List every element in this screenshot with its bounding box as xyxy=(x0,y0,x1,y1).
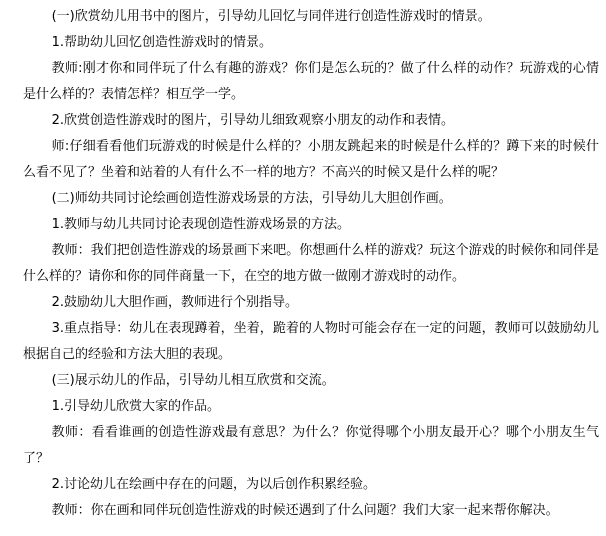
paragraph-text: 教师：你在画和同伴玩创造性游戏的时候还遇到了什么问题？我们大家一起来帮你解决。 xyxy=(23,498,599,524)
paragraph-list: (一)欣赏幼儿用书中的图片，引导幼儿回忆与同伴进行创造性游戏时的情景。1.帮助幼… xyxy=(23,4,599,524)
paragraph-text: 1.帮助幼儿回忆创造性游戏时的情景。 xyxy=(23,30,599,56)
paragraph-text: 教师：我们把创造性游戏的场景画下来吧。你想画什么样的游戏？玩这个游戏的时候你和同… xyxy=(23,238,599,290)
paragraph-text: 1.引导幼儿欣赏大家的作品。 xyxy=(23,394,599,420)
paragraph-text: (二)师幼共同讨论绘画创造性游戏场景的方法，引导幼儿大胆创作画。 xyxy=(23,186,599,212)
paragraph-text: 3.重点指导：幼儿在表现蹲着，坐着，跪着的人物时可能会存在一定的问题，教师可以鼓… xyxy=(23,316,599,368)
paragraph-text: 教师:刚才你和同伴玩了什么有趣的游戏？你们是怎么玩的？做了什么样的动作？玩游戏的… xyxy=(23,56,599,108)
paragraph-text: 2.欣赏创造性游戏时的图片，引导幼儿细致观察小朋友的动作和表情。 xyxy=(23,108,599,134)
paragraph-text: (三)展示幼儿的作品，引导幼儿相互欣赏和交流。 xyxy=(23,368,599,394)
paragraph-text: 2.讨论幼儿在绘画中存在的问题，为以后创作积累经验。 xyxy=(23,472,599,498)
document-page: (一)欣赏幼儿用书中的图片，引导幼儿回忆与同伴进行创造性游戏时的情景。1.帮助幼… xyxy=(0,0,606,536)
paragraph-text: 师:仔细看看他们玩游戏的时候是什么样的？小朋友跳起来的时候是什么样的？蹲下来的时… xyxy=(23,134,599,186)
paragraph-text: 2.鼓励幼儿大胆作画，教师进行个别指导。 xyxy=(23,290,599,316)
paragraph-text: 1.教师与幼儿共同讨论表现创造性游戏场景的方法。 xyxy=(23,212,599,238)
paragraph-text: 教师：看看谁画的创造性游戏最有意思？为什么？你觉得哪个小朋友最开心？哪个小朋友生… xyxy=(23,420,599,472)
paragraph-text: (一)欣赏幼儿用书中的图片，引导幼儿回忆与同伴进行创造性游戏时的情景。 xyxy=(23,4,599,30)
